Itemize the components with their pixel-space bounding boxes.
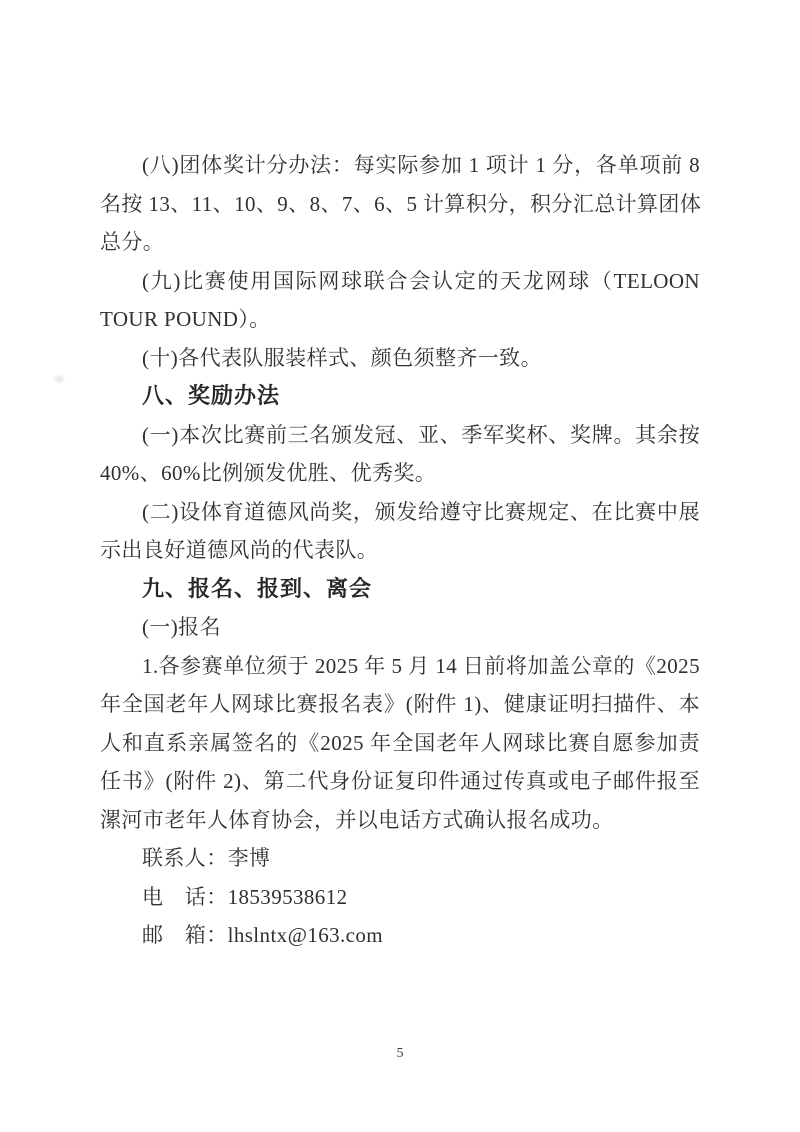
text-line: (一)本次比赛前三名颁发冠、亚、季军奖杯、奖牌。其余按 [100,416,700,455]
contact-email-line: 邮 箱：lhslntx@163.com [100,916,700,955]
text-line: (八)团体奖计分办法：每实际参加 1 项计 1 分，各单项前 8 [100,146,700,185]
contact-person-line: 联系人：李博 [100,839,700,878]
text-line: 40%、60%比例颁发优胜、优秀奖。 [100,454,700,493]
text-line: (九)比赛使用国际网球联合会认定的天龙网球（TELOON [100,262,700,301]
text-line: 示出良好道德风尚的代表队。 [100,531,700,570]
text-line: (二)设体育道德风尚奖，颁发给遵守比赛规定、在比赛中展 [100,493,700,532]
text-line: 漯河市老年人体育协会，并以电话方式确认报名成功。 [100,801,700,840]
page-number: 5 [0,1046,800,1062]
text-line: 1.各参赛单位须于 2025 年 5 月 14 日前将加盖公章的《2025 [100,647,700,686]
text-line: (十)各代表队服装样式、颜色须整齐一致。 [100,339,700,378]
section-heading: 九、报名、报到、离会 [100,570,700,609]
document-page: (八)团体奖计分办法：每实际参加 1 项计 1 分，各单项前 8 名按 13、1… [0,0,800,1132]
text-line: 任书》(附件 2)、第二代身份证复印件通过传真或电子邮件报至 [100,762,700,801]
document-body: (八)团体奖计分办法：每实际参加 1 项计 1 分，各单项前 8 名按 13、1… [100,146,700,955]
text-line: 年全国老年人网球比赛报名表》(附件 1)、健康证明扫描件、本 [100,685,700,724]
contact-phone-line: 电 话：18539538612 [100,878,700,917]
text-line: 名按 13、11、10、9、8、7、6、5 计算积分，积分汇总计算团体 [100,185,700,224]
text-line: (一)报名 [100,608,700,647]
text-line: TOUR POUND）。 [100,300,700,339]
text-line: 总分。 [100,223,700,262]
section-heading: 八、奖励办法 [100,377,700,416]
scan-smudge-artifact [52,374,66,384]
text-line: 人和直系亲属签名的《2025 年全国老年人网球比赛自愿参加责 [100,724,700,763]
